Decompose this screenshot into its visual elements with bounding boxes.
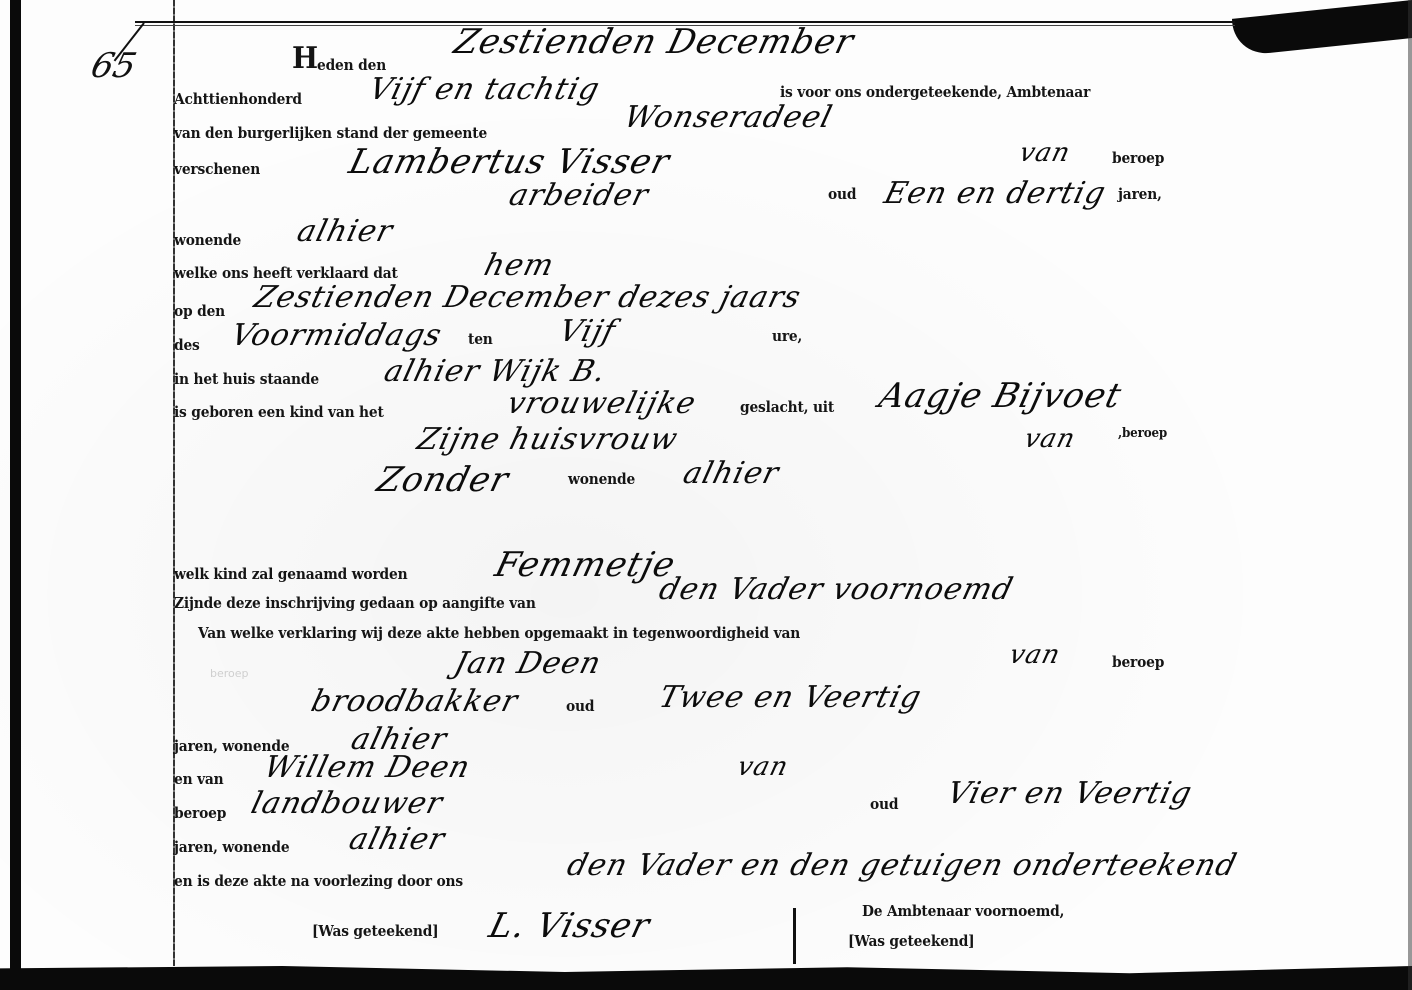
scan-right-border xyxy=(1408,0,1412,990)
hw-witness1-occupation: broodbakker xyxy=(308,684,522,719)
hw-declarant-name: Lambertus Visser xyxy=(345,142,674,182)
hw-municipality: Wonseradeel xyxy=(621,100,837,135)
label-oud-3: oud xyxy=(870,795,898,813)
label-beroep-3: beroep xyxy=(1112,653,1164,671)
scan-bottom-border xyxy=(0,966,1412,990)
hw-child-name: Femmetje xyxy=(491,545,680,585)
label-oud-2: oud xyxy=(566,697,594,715)
hw-witness1-name: Jan Deen xyxy=(451,646,605,681)
signature-divider xyxy=(793,908,796,964)
hw-signature-1: L. Visser xyxy=(485,906,654,946)
label-is-voor-ons: is voor ons ondergeteekende, Ambtenaar xyxy=(780,83,1090,101)
hw-witness2-van: van xyxy=(734,752,791,782)
hw-witness1-age: Twee en Veertig xyxy=(656,680,926,715)
label-op-den: op den xyxy=(174,302,225,320)
hw-witness2-age: Vier en Veertig xyxy=(944,776,1196,811)
label-beroep-2: ,beroep xyxy=(1118,426,1167,441)
label-jaren-1: jaren, xyxy=(1118,185,1162,203)
hw-witness2-residence: alhier xyxy=(346,822,449,857)
label-des: des xyxy=(174,336,200,354)
hw-declarant-van: van xyxy=(1016,138,1073,168)
hw-time-of-day: Voormiddags xyxy=(228,318,446,353)
hw-witness2-name: Willem Deen xyxy=(261,750,474,785)
label-de-ambtenaar: De Ambtenaar voornoemd, xyxy=(862,902,1064,920)
hw-mother-relation: Zijne huisvrouw xyxy=(414,422,682,457)
hw-year: Vijf en tachtig xyxy=(366,72,604,107)
label-achttienhonderd: Achttienhonderd xyxy=(174,90,302,108)
label-beroep-4: beroep xyxy=(174,804,226,822)
label-in-het-huis: in het huis staande xyxy=(174,370,319,388)
hw-mother-occupation: Zonder xyxy=(373,460,513,500)
hw-declarant-occupation: arbeider xyxy=(506,178,653,213)
label-verschenen: verschenen xyxy=(174,160,260,178)
hw-witness1-van: van xyxy=(1006,640,1063,670)
label-beroep-1: beroep xyxy=(1112,149,1164,167)
label-ten: ten xyxy=(468,330,493,348)
label-wonende-2: wonende xyxy=(568,470,635,488)
hw-signed-by: den Vader en den getuigen onderteekend xyxy=(564,848,1241,883)
label-is-geboren: is geboren een kind van het xyxy=(174,403,384,421)
label-jaren-wonende-2: jaren, wonende xyxy=(174,838,289,856)
hw-mother-residence: alhier xyxy=(680,456,783,491)
label-oud-1: oud xyxy=(828,185,856,203)
hw-sex: vrouwelijke xyxy=(504,386,700,421)
label-wonende-1: wonende xyxy=(174,231,241,249)
hw-declarant-age: Een en dertig xyxy=(881,176,1110,211)
label-en-van: en van xyxy=(174,770,224,788)
label-welk-kind: welk kind zal genaamd worden xyxy=(174,565,407,583)
scan-left-border xyxy=(10,0,21,990)
hw-verklaard: hem xyxy=(481,248,558,283)
hw-witness2-occupation: landbouwer xyxy=(248,786,447,821)
hw-mother-name: Aagje Bijvoet xyxy=(875,376,1126,416)
drop-cap-h: H xyxy=(292,44,318,74)
record-number: 65 xyxy=(87,46,140,86)
faint-mark-1: beroep xyxy=(210,667,249,680)
scan-top-right-shadow xyxy=(1232,0,1412,57)
scanned-document-page: 65 H eden den Zestienden December Achtti… xyxy=(0,0,1412,990)
hw-hour: Vijf xyxy=(556,314,620,349)
label-zijnde: Zijnde deze inschrijving gedaan op aangi… xyxy=(174,594,536,612)
hw-declared-by: den Vader voornoemd xyxy=(656,572,1017,607)
hw-declarant-residence: alhier xyxy=(294,214,397,249)
label-en-is-deze: en is deze akte na voorlezing door ons xyxy=(174,872,463,890)
label-burgerlijke-stand: van den burgerlijken stand der gemeente xyxy=(174,124,487,142)
hw-date-day: Zestienden December xyxy=(450,22,858,62)
label-was-geteekend-2: [Was geteekend] xyxy=(848,932,975,950)
label-van-welke: Van welke verklaring wij deze akte hebbe… xyxy=(198,624,800,642)
hw-birth-date: Zestienden December dezes jaars xyxy=(251,280,805,315)
hw-mother-van: van xyxy=(1021,424,1078,454)
label-ure: ure, xyxy=(772,327,802,345)
hw-house: alhier Wijk B. xyxy=(381,354,610,389)
label-was-geteekend-1: [Was geteekend] xyxy=(312,922,439,940)
label-geslacht-uit: geslacht, uit xyxy=(740,398,834,416)
